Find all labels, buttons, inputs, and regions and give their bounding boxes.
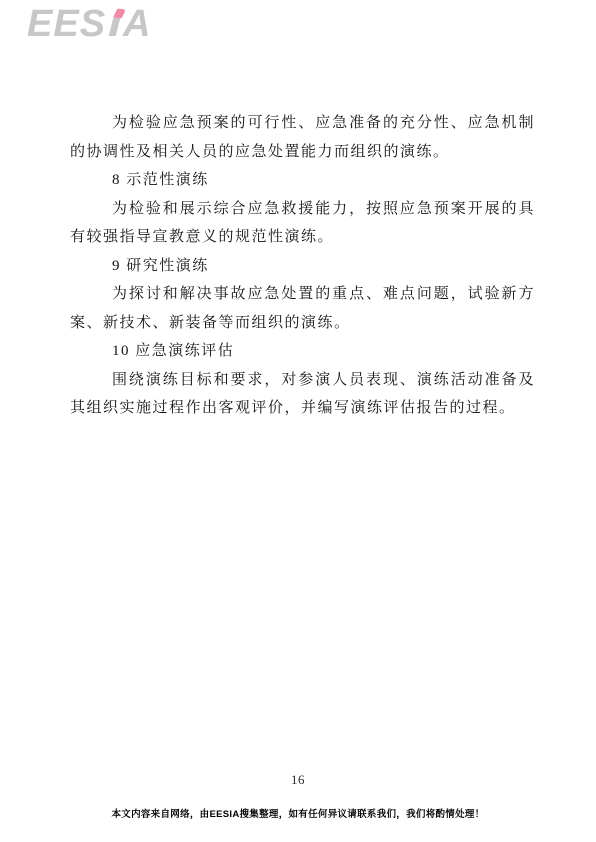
paragraph-research-drill-definition: 为探讨和解决事故应急处置的重点、难点问题，试验新方案、新技术、新装备等而组织的演… [70,280,535,337]
logo-i-stem [109,18,120,36]
logo-text-ees: EES [27,3,106,45]
footer-notice: 本文内容来自网络，由EESIA搜集整理，如有任何异议请联系我们，我们将酌情处理！ [0,806,596,820]
eesia-logo: EESA [27,2,152,46]
paragraph-drill-evaluation-definition: 围绕演练目标和要求，对参演人员表现、演练活动准备及其组织实施过程作出客观评价，并… [70,366,535,423]
page-number: 16 [0,772,596,788]
document-body: 为检验应急预案的可行性、应急准备的充分性、应急机制的协调性及相关人员的应急处置能… [70,109,535,423]
paragraph-demonstration-drill-definition: 为检验和展示综合应急救援能力，按照应急预案开展的具有较强指导宣教意义的规范性演练… [70,195,535,252]
section-heading-9-research-drill: 9 研究性演练 [70,252,535,281]
section-heading-8-demonstration-drill: 8 示范性演练 [70,166,535,195]
section-heading-10-drill-evaluation: 10 应急演练评估 [70,337,535,366]
document-page: EESA 为检验应急预案的可行性、应急准备的充分性、应急机制的协调性及相关人员的… [0,0,596,842]
logo-letter-i [111,9,118,36]
logo-text-a: A [123,3,151,45]
paragraph-emergency-drill-definition: 为检验应急预案的可行性、应急准备的充分性、应急机制的协调性及相关人员的应急处置能… [70,109,535,166]
